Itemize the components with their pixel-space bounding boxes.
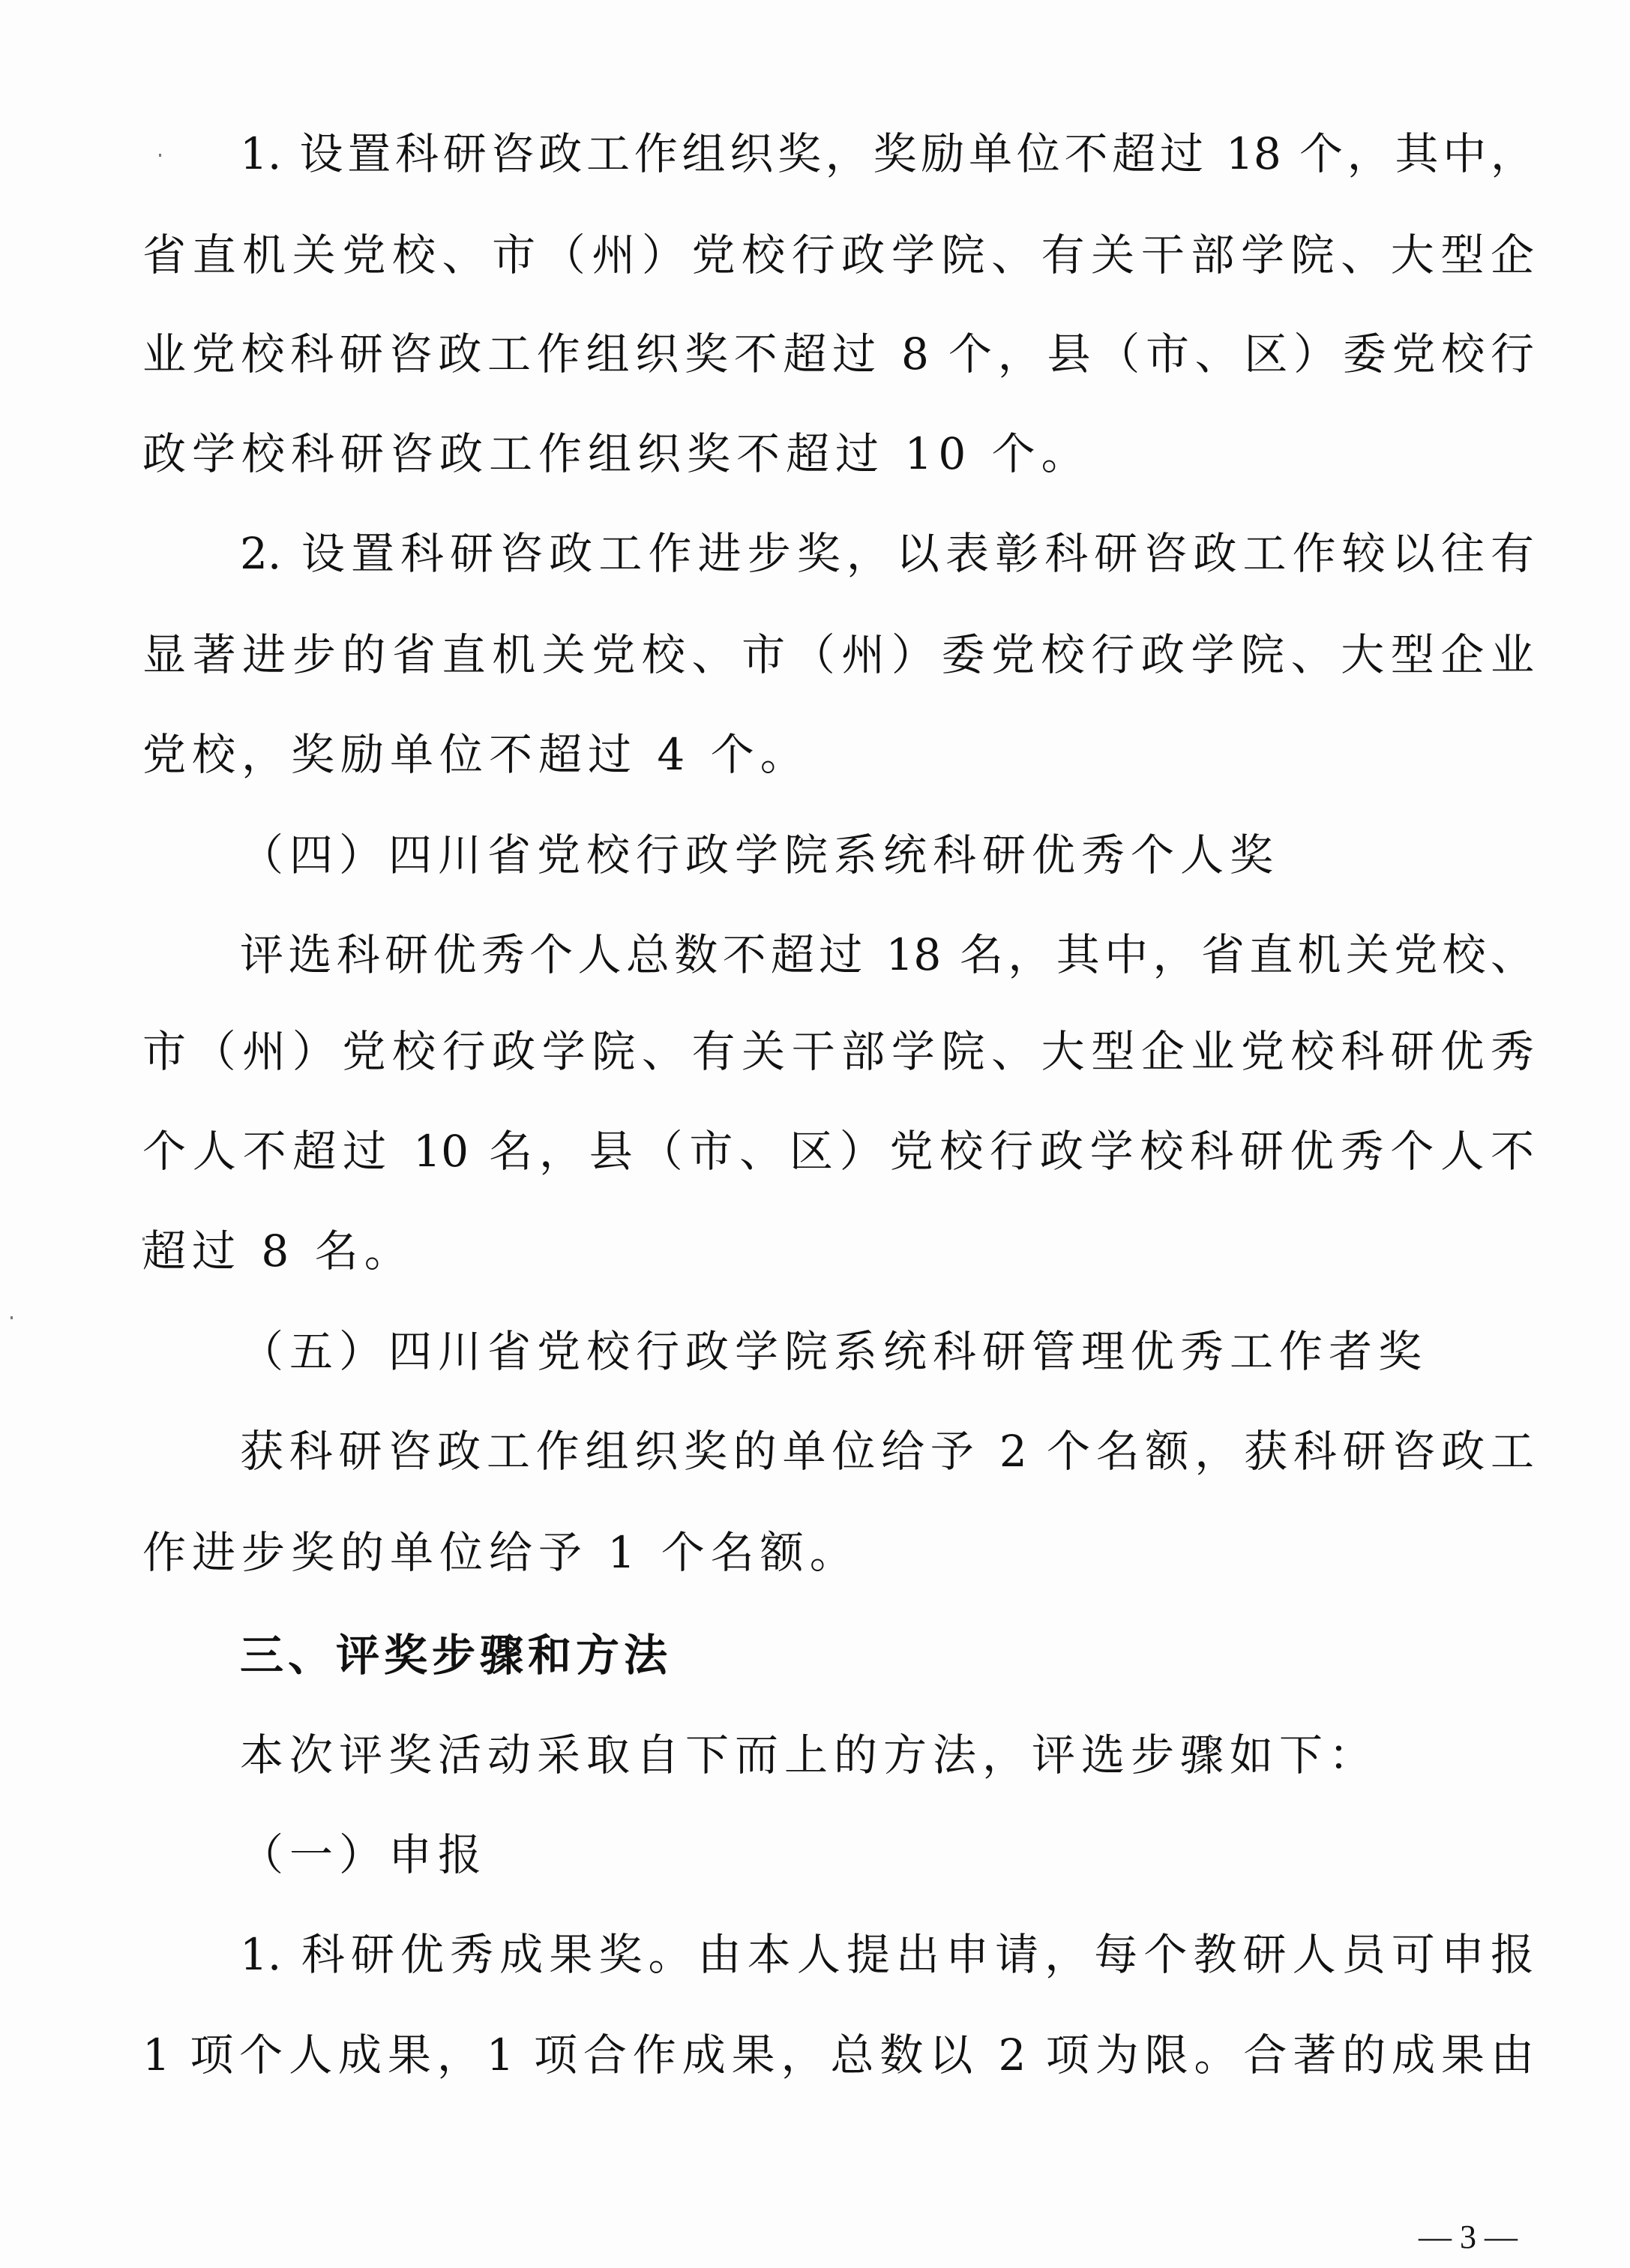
scan-speck: [159, 154, 161, 157]
page-number: — 3 —: [1401, 2218, 1536, 2256]
paragraph-line: 本次评奖活动采取自下而上的方法，评选步骤如下：: [240, 1725, 1534, 1785]
scan-speck: [10, 1316, 13, 1319]
scan-speck: [142, 1237, 145, 1240]
paragraph-line: 2. 设置科研咨政工作进步奖，以表彰科研咨政工作较以往有: [240, 523, 1534, 583]
paragraph-line: 评选科研优秀个人总数不超过 18 名，其中，省直机关党校、: [240, 925, 1534, 985]
paragraph-line: 党校，奖励单位不超过 4 个。: [142, 724, 1534, 784]
paragraph-line: 市（州）党校行政学院、有关干部学院、大型企业党校科研优秀: [142, 1021, 1534, 1081]
section-heading: （四）四川省党校行政学院系统科研优秀个人奖: [240, 825, 1534, 885]
subsection-heading: （一）申报: [240, 1825, 1534, 1885]
paragraph-line: 省直机关党校、市（州）党校行政学院、有关干部学院、大型企: [142, 225, 1534, 285]
paragraph-line: 业党校科研咨政工作组织奖不超过 8 个，县（市、区）委党校行: [142, 324, 1534, 384]
paragraph-line: 获科研咨政工作组织奖的单位给予 2 个名额，获科研咨政工: [240, 1421, 1534, 1481]
section-title: 三、评奖步骤和方法: [240, 1625, 1534, 1685]
paragraph-line: 1 项个人成果，1 项合作成果，总数以 2 项为限。合著的成果由: [142, 2025, 1534, 2085]
paragraph-line: 作进步奖的单位给予 1 个名额。: [142, 1522, 1534, 1582]
paragraph-line: 超过 8 名。: [142, 1221, 1534, 1281]
paragraph-line: 个人不超过 10 名，县（市、区）党校行政学校科研优秀个人不: [142, 1121, 1534, 1181]
paragraph-line: 显著进步的省直机关党校、市（州）委党校行政学院、大型企业: [142, 625, 1534, 685]
document-page: 1. 设置科研咨政工作组织奖，奖励单位不超过 18 个，其中， 省直机关党校、市…: [0, 0, 1630, 2268]
paragraph-line: 政学校科研咨政工作组织奖不超过 10 个。: [142, 424, 1534, 484]
paragraph-line: 1. 科研优秀成果奖。由本人提出申请，每个教研人员可申报: [240, 1924, 1534, 1984]
paragraph-line: 1. 设置科研咨政工作组织奖，奖励单位不超过 18 个，其中，: [240, 124, 1534, 184]
section-heading: （五）四川省党校行政学院系统科研管理优秀工作者奖: [240, 1321, 1534, 1381]
